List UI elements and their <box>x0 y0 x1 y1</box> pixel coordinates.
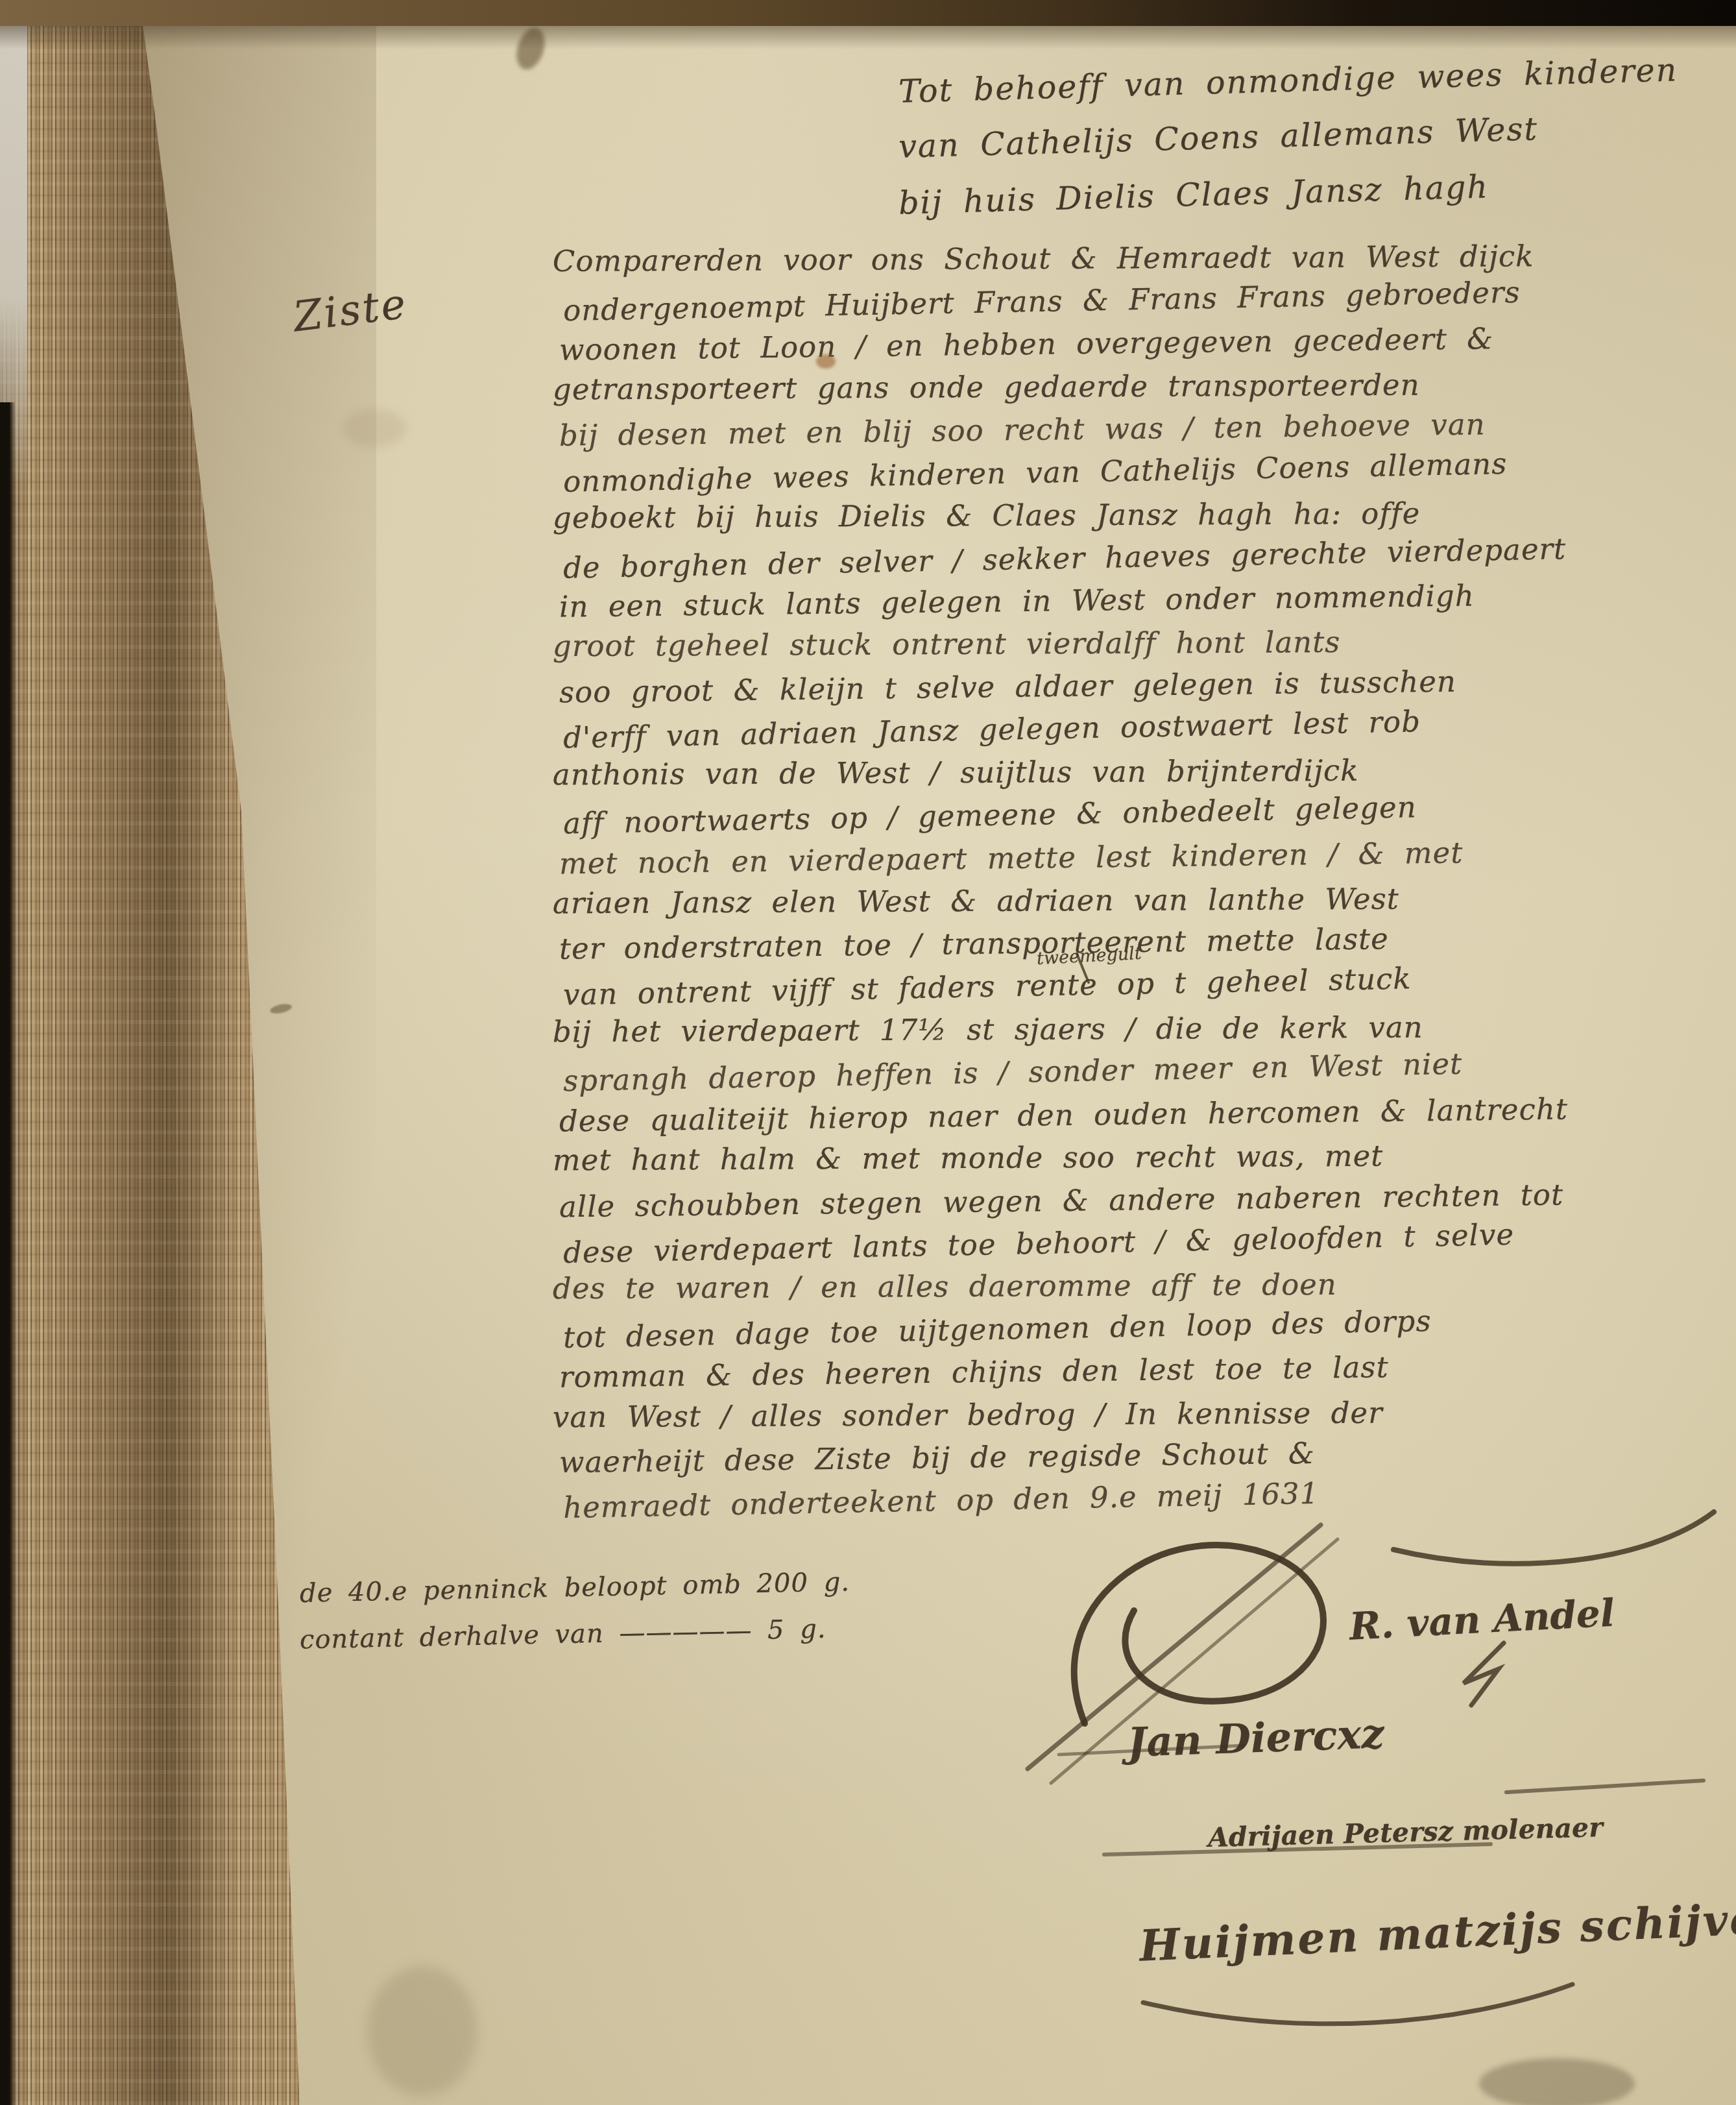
manuscript-line: aff noortwaerts op / gemeene & onbedeelt… <box>563 790 1417 840</box>
manuscript-line: des te waren / en alles daeromme aff te … <box>553 1267 1337 1306</box>
manuscript-line: groot tgeheel stuck ontrent vierdalff ho… <box>553 625 1341 663</box>
binding-band-shadow <box>0 26 1736 49</box>
manuscript-line: ondergenoempt Huijbert Frans & Frans Fra… <box>563 275 1521 328</box>
rust-fleck-stain <box>816 354 836 369</box>
signature-huijmen-matzijs: Huijmen matzijs schijver <box>1139 1892 1736 1971</box>
manuscript-line: alle schoubben stegen wegen & andere nab… <box>559 1178 1564 1224</box>
fee-note-line: contant derhalve van ————— 5 g. <box>300 1614 826 1655</box>
manuscript-line: d'erff van adriaen Jansz gelegen oostwae… <box>563 704 1421 755</box>
manuscript-line: met hant halm & met monde soo recht was,… <box>553 1139 1384 1178</box>
signature-dash <box>1506 1781 1704 1792</box>
manuscript-line: sprangh daerop heffen is / sonder meer e… <box>563 1047 1463 1099</box>
manuscript-line: de borghen der selver / sekker haeves ge… <box>563 531 1567 585</box>
signature-adriaen-petersz-molenaer: Adrijaen Petersz molenaer <box>1207 1812 1603 1853</box>
bottom-right-speckle <box>1479 2058 1635 2105</box>
manuscript-line: ariaen Jansz elen West & adriaen van lan… <box>553 882 1399 921</box>
header-line: Tot behoeff van onmondige wees kinderen <box>898 51 1678 110</box>
manuscript-line: van ontrent vijff st faders rente op t g… <box>563 961 1412 1012</box>
manuscript-line: Comparerden voor ons Schout & Hemraedt v… <box>553 239 1534 278</box>
signature-zigzag-flourish <box>1464 1643 1504 1705</box>
manuscript-line: bij het vierdepaert 17½ st sjaers / die … <box>553 1010 1423 1049</box>
manuscript-line: dese qualiteijt hierop naer den ouden he… <box>559 1092 1568 1139</box>
signature-paraph-loop <box>1074 1545 1323 1723</box>
manuscript-line: woonen tot Loon / en hebben overgegeven … <box>559 321 1494 367</box>
fee-note-line: de 40.e penninck beloopt omb 200 g. <box>300 1567 850 1609</box>
manuscript-line: soo groot & kleijn t selve aldaer gelege… <box>559 664 1456 710</box>
book-top-binding-band <box>0 0 1736 26</box>
faint-stain <box>344 409 406 448</box>
header-line: bij huis Dielis Claes Jansz hagh <box>898 168 1489 221</box>
manuscript-scan: Tot behoeff van onmondige wees kinderen … <box>0 0 1736 2105</box>
manuscript-line: getransporteert gans onde gedaerde trans… <box>553 368 1420 407</box>
manuscript-line: van West / alles sonder bedrog / In kenn… <box>553 1396 1383 1435</box>
manuscript-line: waerheijt dese Ziste bij de regisde Scho… <box>559 1436 1316 1479</box>
signature-jan-diercxz: Jan Diercxz <box>1127 1710 1385 1766</box>
signature-r-van-andel: R. van Andel <box>1349 1590 1616 1648</box>
manuscript-line: tot desen dage toe uijtgenomen den loop … <box>563 1304 1432 1355</box>
bottom-left-smudge <box>367 1966 477 2096</box>
manuscript-line: dese vierdepaert lants toe behoort / & g… <box>563 1217 1515 1270</box>
scan-background-sliver <box>0 402 16 2105</box>
manuscript-line: ter onderstraten toe / transporteerent m… <box>559 921 1389 966</box>
header-line: van Cathelijs Coens allemans West <box>898 110 1538 165</box>
manuscript-line: anthonis van de West / suijtlus van brij… <box>553 753 1359 792</box>
manuscript-line: romman & des heeren chijns den lest toe … <box>559 1350 1389 1394</box>
signature-underline-swash <box>1143 1984 1573 2024</box>
manuscript-line: geboekt bij huis Dielis & Claes Jansz ha… <box>553 496 1421 535</box>
manuscript-line: bij desen met en blij soo recht was / te… <box>559 407 1486 452</box>
manuscript-line-date: hemraedt onderteekent op den 9.e meij 16… <box>563 1476 1320 1525</box>
manuscript-line: in een stuck lants gelegen in West onder… <box>559 578 1475 624</box>
manuscript-line: met noch en vierdepaert mette lest kinde… <box>559 835 1464 881</box>
manuscript-line: onmondighe wees kinderen van Cathelijs C… <box>563 446 1508 499</box>
date-underline-flourish <box>1393 1512 1714 1564</box>
